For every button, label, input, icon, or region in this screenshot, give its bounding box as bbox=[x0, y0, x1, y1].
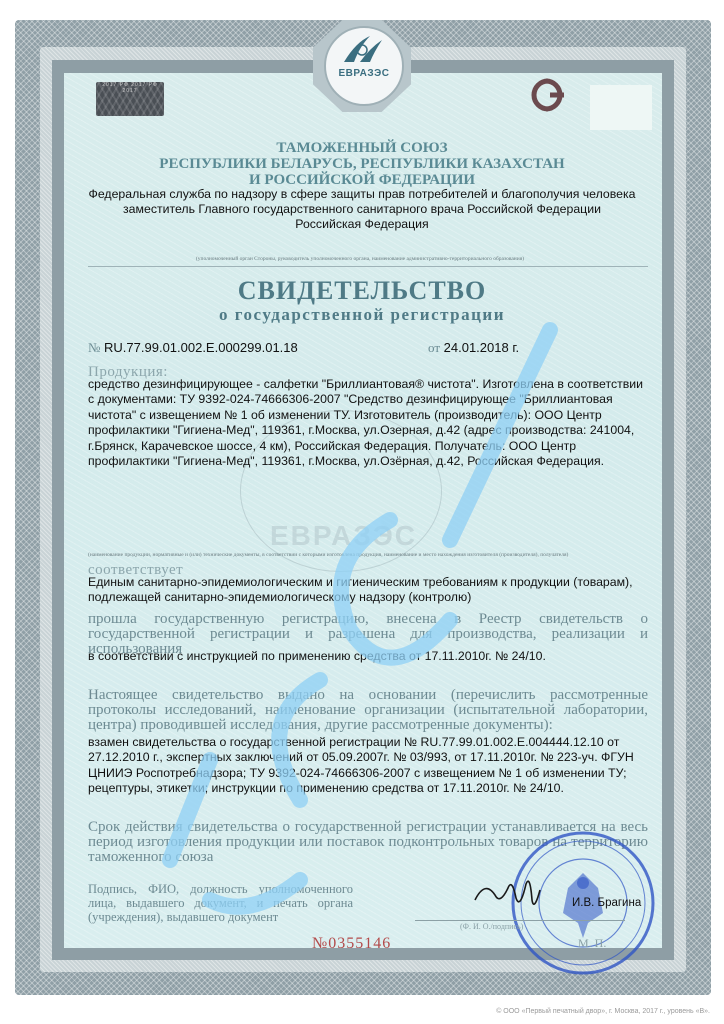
emblem-text: ЕВРАЗЭС bbox=[324, 68, 404, 79]
authority-line-2: заместитель Главного государственного са… bbox=[0, 202, 724, 217]
product-description: средство дезинфицирующее - салфетки "Бри… bbox=[88, 377, 648, 469]
product-caption: (наименование продукции, нормативные и (… bbox=[88, 552, 648, 558]
authority-line-3: Российская Федерация bbox=[0, 217, 724, 232]
certificate-number: RU.77.99.01.002.E.000299.01.18 bbox=[104, 340, 298, 355]
number-prefix: № bbox=[88, 340, 100, 355]
seal-place-label: М. П. bbox=[578, 936, 606, 951]
union-title-line-2: РЕСПУБЛИКИ БЕЛАРУСЬ, РЕСПУБЛИКИ КАЗАХСТА… bbox=[0, 156, 724, 172]
eac-conformity-mark-icon bbox=[520, 75, 580, 115]
watermark-emblem-text: ЕВРАЗЭС bbox=[270, 520, 417, 552]
handwritten-signature-icon bbox=[470, 870, 550, 915]
certificate-date-row: от 24.01.2018 г. bbox=[428, 340, 519, 356]
certificate-subtitle: о государственной регистрации bbox=[0, 305, 724, 325]
certificate-title: СВИДЕТЕЛЬСТВО bbox=[0, 276, 724, 306]
date-prefix: от bbox=[428, 340, 440, 355]
signature-label: Подпись, ФИО, должность уполномоченного … bbox=[88, 882, 353, 924]
fio-caption: (Ф. И. О./подпись) bbox=[460, 922, 523, 931]
registration-usage: в соответствии с инструкцией по применен… bbox=[88, 649, 648, 664]
certificate-date: 24.01.2018 г. bbox=[444, 340, 519, 355]
authority-line-1: Федеральная служба по надзору в сфере за… bbox=[0, 187, 724, 202]
union-title-line-3: И РОССИЙСКОЙ ФЕДЕРАЦИИ bbox=[0, 172, 724, 188]
basis-statement: Настоящее свидетельство выдано на основа… bbox=[88, 688, 648, 733]
basis-documents: взамен свидетельства о государственной р… bbox=[88, 735, 648, 797]
evrazes-logo-icon bbox=[340, 34, 384, 64]
divider bbox=[88, 266, 648, 267]
hologram-label: 2017 РФ 2017 РФ 2017 bbox=[96, 82, 164, 94]
authority-caption: (уполномоченный орган Стороны, руководит… bbox=[100, 256, 620, 262]
conformity-text: Единым санитарно-эпидемиологическим и ги… bbox=[88, 575, 648, 606]
printer-imprint: © ООО «Первый печатный двор», г. Москва,… bbox=[496, 1008, 710, 1015]
signature-line bbox=[415, 920, 625, 921]
union-title-line-1: ТАМОЖЕННЫЙ СОЮЗ bbox=[0, 140, 724, 156]
form-serial-number: №0355146 bbox=[312, 935, 391, 953]
certificate-number-row: № RU.77.99.01.002.E.000299.01.18 bbox=[88, 340, 298, 356]
blank-patch bbox=[590, 85, 652, 130]
signer-name: И.В. Брагина bbox=[572, 897, 641, 909]
